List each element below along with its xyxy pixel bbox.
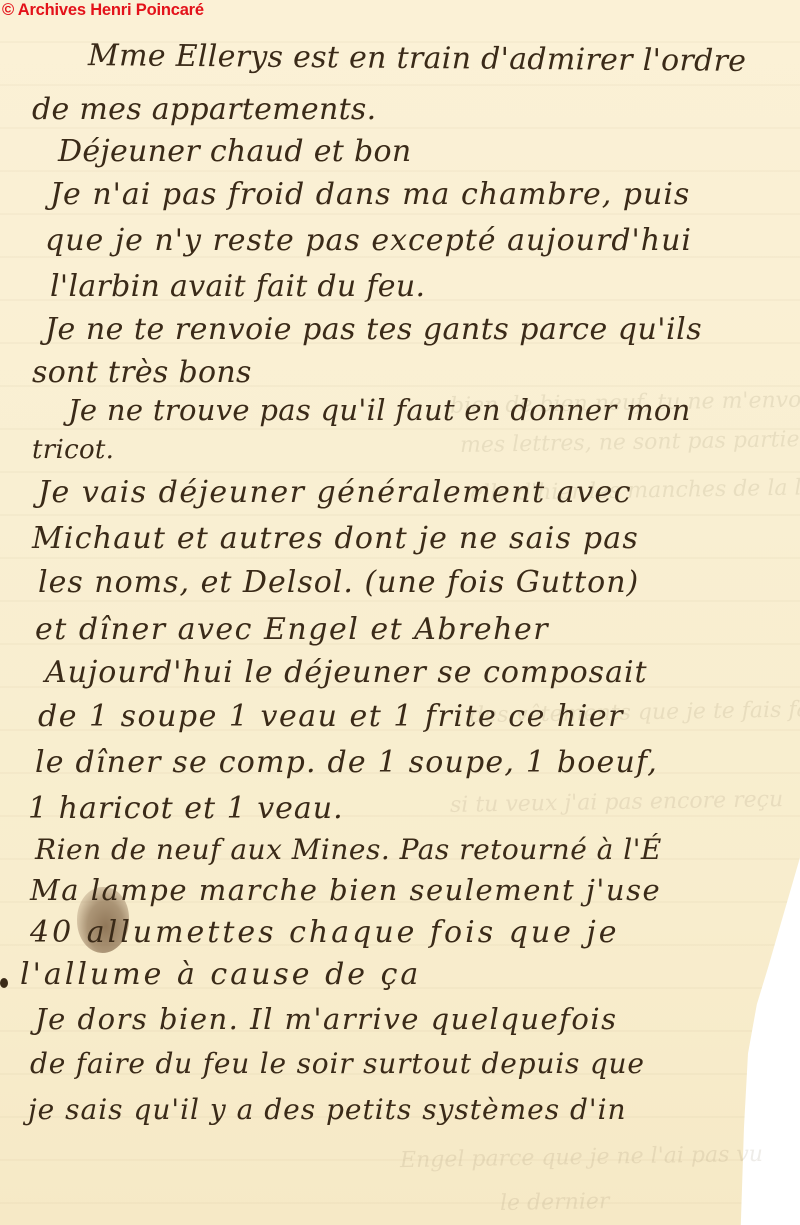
letter-line: Michaut et autres dont je ne sais pas [32,524,639,554]
letter-line: Je dors bien. Il m'arrive quelquefois [35,1005,618,1034]
letter-line: Je ne trouve pas qu'il faut en donner mo… [68,396,691,425]
letter-line: les noms, et Delsol. (une fois Gutton) [38,568,639,598]
letter-line: Je vais déjeuner généralement avec [38,478,632,508]
letter-line: Je ne te renvoie pas tes gants parce qu'… [45,315,702,345]
letter-line: Aujourd'hui le déjeuner se composait [45,658,648,688]
letter-line: 40 allumettes chaque fois que je [30,918,620,948]
letter-line: l'larbin avait fait du feu. [50,272,425,302]
letter-line: Déjeuner chaud et bon [58,137,411,167]
handwritten-letter: Mme Ellerys est en train d'admirer l'ord… [0,0,800,1225]
letter-line: sont très bons [32,358,252,388]
letter-line: de mes appartements. [32,95,376,125]
letter-line: Rien de neuf aux Mines. Pas retourné à l… [35,836,662,864]
letter-line: Je n'ai pas froid dans ma chambre, puis [50,180,690,210]
letter-line: de 1 soupe 1 veau et 1 frite ce hier [38,702,624,732]
letter-line: Ma lampe marche bien seulement j'use [30,876,661,905]
letter-line: le dîner se comp. de 1 soupe, 1 boeuf, [35,748,658,778]
letter-line: et dîner avec Engel et Abreher [35,615,549,645]
letter-line: l'allume à cause de ça [20,960,421,990]
letter-line: je sais qu'il y a des petits systèmes d'… [28,1096,627,1124]
letter-line: de faire du feu le soir surtout depuis q… [30,1050,645,1078]
document-page: © Archives Henri Poincaré bien de bien n… [0,0,800,1225]
letter-line: 1 haricot et 1 veau. [28,794,344,824]
letter-line: tricot. [32,437,114,463]
letter-line: Mme Ellerys est en train d'admirer l'ord… [88,41,747,77]
letter-line: que je n'y reste pas excepté aujourd'hui [45,226,692,256]
copyright-watermark: © Archives Henri Poincaré [2,1,204,20]
